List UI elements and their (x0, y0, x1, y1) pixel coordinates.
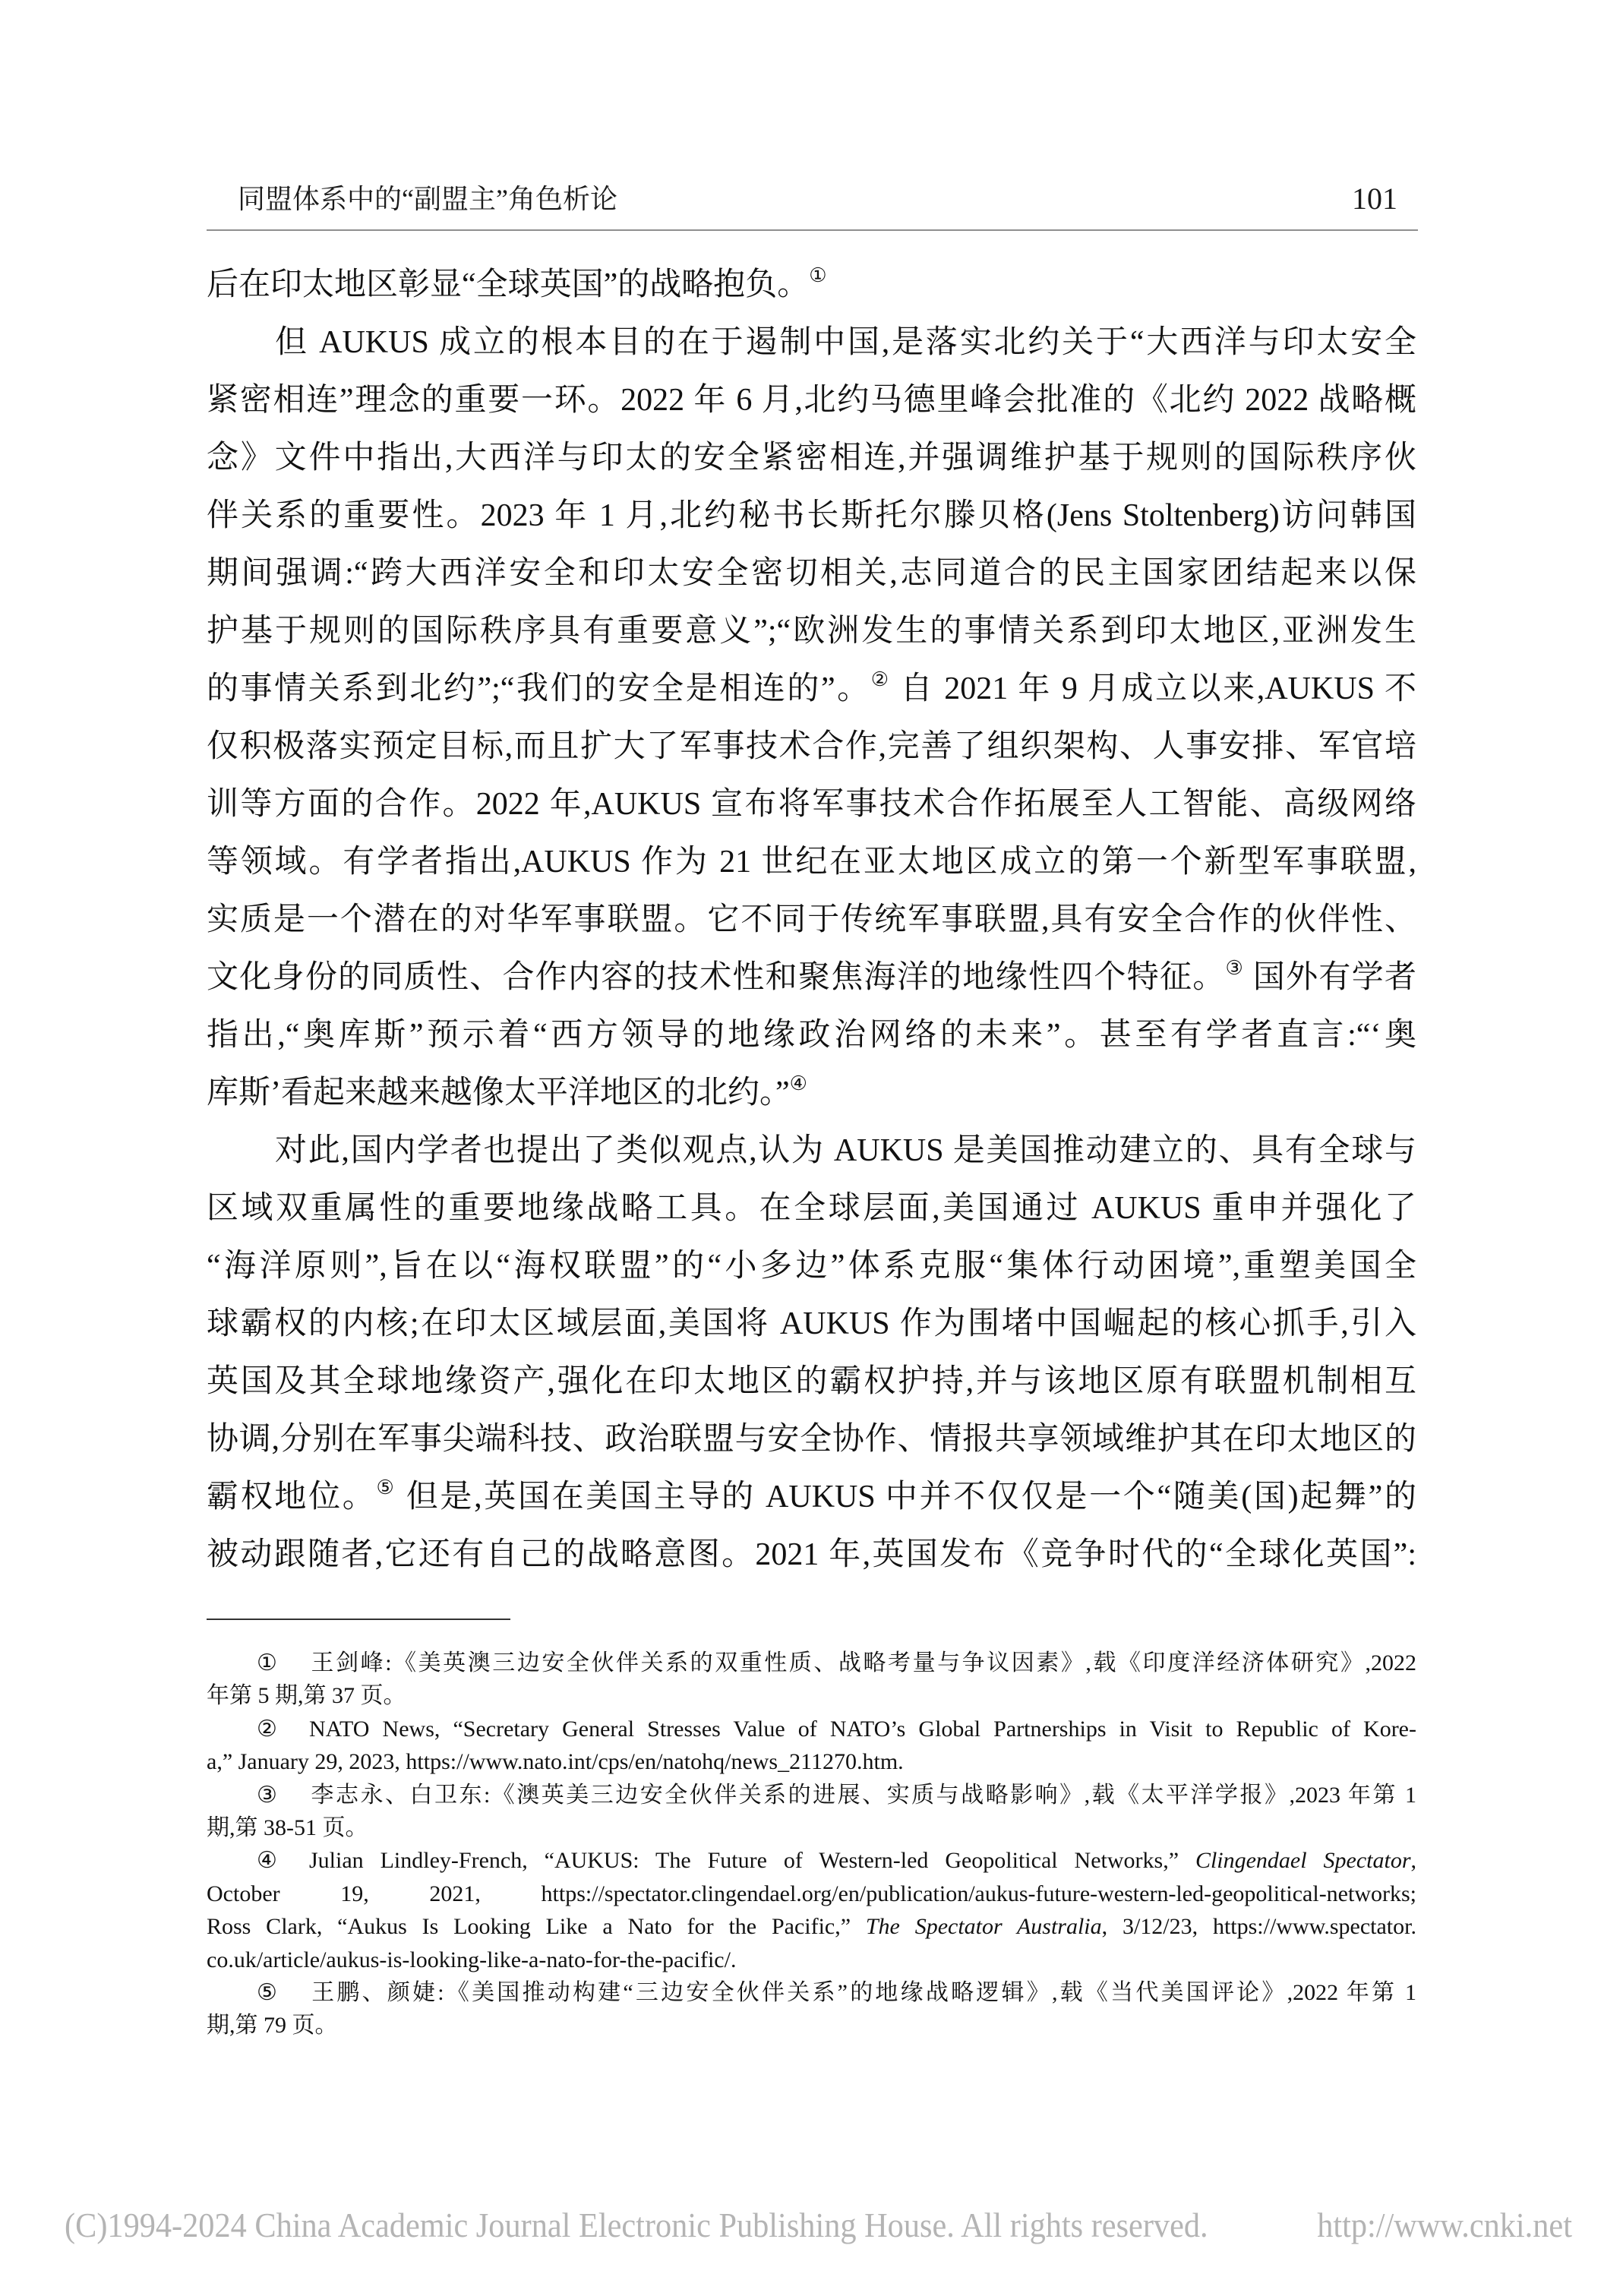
line-text: 的事情关系到北约”;“我们的安全是相连的”。 (207, 671, 871, 706)
footnote-ref-5: ⑤ (376, 1476, 396, 1499)
body-line: 训等方面的合作。2022 年,AUKUS 宣布将军事技术合作拓展至人工智能、高级… (207, 775, 1416, 833)
main-text: 后在印太地区彰显“全球英国”的战略抱负。① 但 AUKUS 成立的根本目的在于遏… (207, 256, 1416, 1584)
footnote-line: 期,第 79 页。 (207, 2009, 1416, 2042)
running-title: 同盟体系中的“副盟主”角色析论 (238, 182, 617, 216)
body-line: 实质是一个潜在的对华军事联盟。它不同于传统军事联盟,具有安全合作的伙伴性、 (207, 891, 1416, 949)
line-text: 但是,英国在美国主导的 AUKUS 中并不仅仅是一个“随美(国)起舞”的 (396, 1480, 1417, 1514)
line-text: 库斯’看起来越来越像太平洋地区的北约。” (207, 1075, 790, 1110)
footnote-line: ⑤王鹏、颜婕:《美国推动构建“三边安全伙伴关系”的地缘战略逻辑》,载《当代美国评… (207, 1976, 1416, 2009)
body-line: 库斯’看起来越来越像太平洋地区的北约。”④ (207, 1064, 1416, 1122)
footnote-ref-3: ③ (1226, 957, 1245, 979)
footnote-line: ①王剑峰:《美英澳三边安全伙伴关系的双重性质、战略考量与争议因素》,载《印度洋经… (207, 1647, 1416, 1679)
footnote-line: co.uk/article/aukus-is-looking-like-a-na… (207, 1944, 1416, 1976)
line-text: 国外有学者 (1244, 960, 1416, 995)
footnote-number: ① (257, 1647, 309, 1679)
line-text: 自 2021 年 9 月成立以来,AUKUS 不 (891, 671, 1416, 706)
footnote-number: ⑤ (257, 1976, 309, 2009)
footnote-number: ③ (257, 1779, 309, 1811)
body-line: 英国及其全球地缘资产,强化在印太地区的霸权护持,并与该地区原有联盟机制相互 (207, 1353, 1416, 1410)
footnote-line: a,” January 29, 2023, https://www.nato.i… (207, 1745, 1416, 1778)
footnote-text: 王鹏、颜婕:《美国推动构建“三边安全伙伴关系”的地缘战略逻辑》,载《当代美国评论… (309, 1980, 1416, 2005)
body-line: 期间强调:“跨大西洋安全和印太安全密切相关,志同道合的民主国家团结起来以保 (207, 545, 1416, 602)
body-line: 但 AUKUS 成立的根本目的在于遏制中国,是落实北约关于“大西洋与印太安全 (207, 314, 1416, 371)
publication-title: The Spectator Australia (866, 1914, 1102, 1939)
line-text: 文化身份的同质性、合作内容的技术性和聚焦海洋的地缘性四个特征。 (207, 960, 1226, 995)
paragraph-1: 后在印太地区彰显“全球英国”的战略抱负。① (207, 256, 1416, 314)
footnote-ref-1: ① (809, 264, 826, 286)
line-text: 后在印太地区彰显“全球英国”的战略抱负。 (207, 267, 809, 302)
body-line: 对此,国内学者也提出了类似观点,认为 AUKUS 是美国推动建立的、具有全球与 (207, 1122, 1416, 1180)
body-line: 的事情关系到北约”;“我们的安全是相连的”。② 自 2021 年 9 月成立以来… (207, 660, 1416, 718)
paragraph-3: 对此,国内学者也提出了类似观点,认为 AUKUS 是美国推动建立的、具有全球与 … (207, 1122, 1416, 1584)
page-number: 101 (1352, 182, 1397, 216)
footnotes: ①王剑峰:《美英澳三边安全伙伴关系的双重性质、战略考量与争议因素》,载《印度洋经… (207, 1647, 1416, 2042)
footnote-line: Ross Clark, “Aukus Is Looking Like a Nat… (207, 1910, 1416, 1943)
body-line: 球霸权的内核;在印太区域层面,美国将 AUKUS 作为围堵中国崛起的核心抓手,引… (207, 1295, 1416, 1353)
footnote-ref-2: ② (871, 668, 891, 690)
footnote-number: ④ (257, 1844, 309, 1877)
footnote-5: ⑤王鹏、颜婕:《美国推动构建“三边安全伙伴关系”的地缘战略逻辑》,载《当代美国评… (207, 1976, 1416, 2042)
footer-url: http://www.cnki.net (1317, 2206, 1572, 2245)
body-line: 被动跟随者,它还有自己的战略意图。2021 年,英国发布《竞争时代的“全球化英国… (207, 1526, 1416, 1584)
footnote-line: ④Julian Lindley-French, “AUKUS: The Futu… (207, 1844, 1416, 1877)
footnote-4: ④Julian Lindley-French, “AUKUS: The Futu… (207, 1844, 1416, 1976)
body-line: 护基于规则的国际秩序具有重要意义”;“欧洲发生的事情关系到印太地区,亚洲发生 (207, 602, 1416, 660)
footnote-line: 期,第 38-51 页。 (207, 1811, 1416, 1844)
body-line: 文化身份的同质性、合作内容的技术性和聚焦海洋的地缘性四个特征。③ 国外有学者 (207, 949, 1416, 1006)
body-line: “海洋原则”,旨在以“海权联盟”的“小多边”体系克服“集体行动困境”,重塑美国全 (207, 1237, 1416, 1295)
footnote-text: 王剑峰:《美英澳三边安全伙伴关系的双重性质、战略考量与争议因素》,载《印度洋经济… (309, 1650, 1416, 1675)
body-line: 念》文件中指出,大西洋与印太的安全紧密相连,并强调维护基于规则的国际秩序伙 (207, 429, 1416, 487)
footnote-line: October 19, 2021, https://spectator.clin… (207, 1878, 1416, 1910)
header-rule (207, 229, 1418, 231)
copyright-notice: (C)1994-2024 China Academic Journal Elec… (65, 2206, 1208, 2245)
footnote-3: ③李志永、白卫东:《澳英美三边安全伙伴关系的进展、实质与战略影响》,载《太平洋学… (207, 1779, 1416, 1845)
footnote-text: NATO News, “Secretary General Stresses V… (309, 1716, 1416, 1742)
body-line: 霸权地位。⑤ 但是,英国在美国主导的 AUKUS 中并不仅仅是一个“随美(国)起… (207, 1468, 1416, 1526)
footnote-1: ①王剑峰:《美英澳三边安全伙伴关系的双重性质、战略考量与争议因素》,载《印度洋经… (207, 1647, 1416, 1713)
footnote-2: ②NATO News, “Secretary General Stresses … (207, 1713, 1416, 1779)
body-line: 等领域。有学者指出,AUKUS 作为 21 世纪在亚太地区成立的第一个新型军事联… (207, 833, 1416, 891)
footnote-line: 年第 5 期,第 37 页。 (207, 1679, 1416, 1712)
body-line: 指出,“奥库斯”预示着“西方领导的地缘政治网络的未来”。甚至有学者直言:“‘奥 (207, 1006, 1416, 1064)
footnote-line: ②NATO News, “Secretary General Stresses … (207, 1713, 1416, 1745)
body-line: 紧密相连”理念的重要一环。2022 年 6 月,北约马德里峰会批准的《北约 20… (207, 371, 1416, 429)
footnote-text: Ross Clark, “Aukus Is Looking Like a Nat… (207, 1914, 866, 1939)
publication-title: Clingendael Spectator (1195, 1848, 1411, 1873)
body-line: 后在印太地区彰显“全球英国”的战略抱负。① (207, 256, 1416, 314)
body-line: 仅积极落实预定目标,而且扩大了军事技术合作,完善了组织架构、人事安排、军官培 (207, 718, 1416, 775)
body-line: 区域双重属性的重要地缘战略工具。在全球层面,美国通过 AUKUS 重申并强化了 (207, 1180, 1416, 1237)
footnote-separator (207, 1619, 510, 1620)
paragraph-2: 但 AUKUS 成立的根本目的在于遏制中国,是落实北约关于“大西洋与印太安全 紧… (207, 314, 1416, 1122)
footnote-text: , 3/12/23, https://www.spectator. (1102, 1914, 1416, 1939)
footnote-text: , (1411, 1848, 1417, 1873)
footnote-line: ③李志永、白卫东:《澳英美三边安全伙伴关系的进展、实质与战略影响》,载《太平洋学… (207, 1779, 1416, 1811)
footnote-number: ② (257, 1713, 309, 1745)
footnote-text: Julian Lindley-French, “AUKUS: The Futur… (309, 1848, 1195, 1873)
footnote-text: 李志永、白卫东:《澳英美三边安全伙伴关系的进展、实质与战略影响》,载《太平洋学报… (309, 1783, 1416, 1808)
body-line: 协调,分别在军事尖端科技、政治联盟与安全协作、情报共享领域维护其在印太地区的 (207, 1410, 1416, 1468)
body-line: 伴关系的重要性。2023 年 1 月,北约秘书长斯托尔滕贝格(Jens Stol… (207, 487, 1416, 545)
footnote-ref-4: ④ (790, 1072, 807, 1094)
line-text: 霸权地位。 (207, 1480, 376, 1514)
